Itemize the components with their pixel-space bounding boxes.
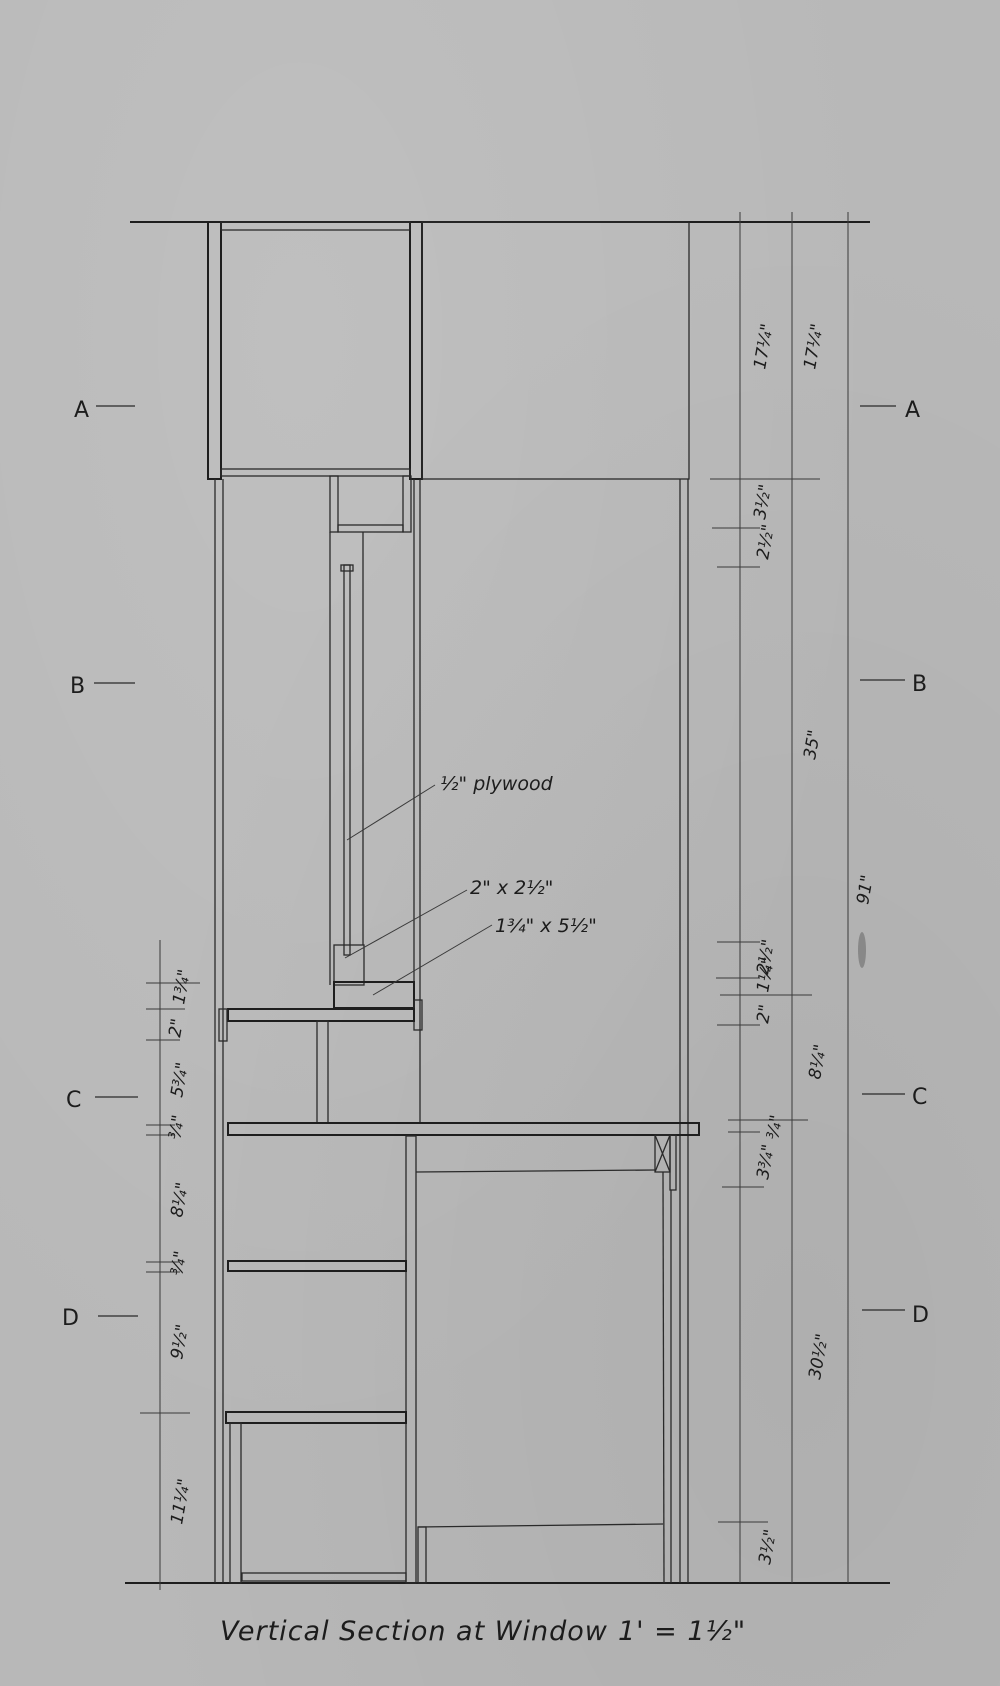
sill-block (334, 982, 414, 1008)
section-drawing: 17¼" 17¼" 3½" 2½" 35" 2½" 1¼" 2" 8¼" ¾" … (0, 0, 1000, 1686)
dim-left-0-75: ¾" (165, 1113, 189, 1140)
dim-right-17-outer: 17¼" (800, 322, 828, 371)
shelf-upper (228, 1009, 414, 1021)
svg-text:C: C (912, 1085, 927, 1110)
dim-right-35: 35" (800, 728, 825, 760)
dim-right-3-75: 3¾" (753, 1143, 779, 1181)
header-box (422, 222, 689, 479)
upper-cabinet (208, 222, 422, 479)
svg-text:A: A (905, 398, 920, 423)
dim-overall-91: 91" (853, 873, 878, 905)
dim-left-8-25: 8¼" (167, 1181, 193, 1219)
center-partition (406, 1136, 416, 1583)
dim-left-0-75b: ¾" (167, 1249, 191, 1276)
svg-text:Vertical Section at Window: Vertical Section at Window (220, 1616, 608, 1647)
svg-text:2" x 2½": 2" x 2½" (470, 877, 553, 899)
drawing-title: Vertical Section at Window 1' = 1½" (220, 1616, 746, 1647)
dim-right-17-inner: 17¼" (750, 322, 778, 371)
drawing-sheet: 17¼" 17¼" 3½" 2½" 35" 2½" 1¼" 2" 8¼" ¾" … (0, 0, 1000, 1686)
dim-right-3-5b: 3½" (755, 1528, 781, 1566)
dim-left-1-75: 1¾" (169, 968, 195, 1006)
svg-text:C: C (66, 1088, 81, 1113)
svg-text:B: B (70, 674, 85, 699)
dim-right-2: 2" (753, 1003, 776, 1025)
svg-text:D: D (62, 1306, 79, 1331)
dim-left-11-25: 11¼" (167, 1477, 195, 1526)
smudge (858, 932, 866, 968)
svg-text:D: D (912, 1303, 929, 1328)
right-dimensions (710, 212, 848, 1583)
shelf-middle (228, 1261, 406, 1271)
svg-text:½" plywood: ½" plywood (440, 773, 554, 795)
dim-right-3-5: 3½" (750, 483, 776, 521)
dim-left-5-75: 5¾" (167, 1061, 193, 1099)
section-marker-b: B B (70, 672, 927, 699)
dim-right-30-5: 30½" (805, 1332, 833, 1381)
dim-right-8-25: 8¼" (805, 1043, 831, 1081)
dim-right-2-5: 2½" (753, 523, 779, 561)
svg-text:B: B (912, 672, 927, 697)
divider (317, 1021, 328, 1123)
shelf-lower (226, 1412, 406, 1423)
section-marker-a: A A (74, 398, 920, 423)
dim-left-2: 2" (165, 1017, 188, 1039)
plywood-panel (344, 565, 350, 955)
toe-kick (242, 1573, 406, 1581)
note-plywood: ½" plywood (347, 773, 554, 840)
svg-text:A: A (74, 398, 89, 423)
svg-text:1' = 1½": 1' = 1½" (618, 1616, 746, 1647)
dim-right-0-75: ¾" (763, 1113, 787, 1140)
svg-text:1¾" x 5½": 1¾" x 5½" (495, 915, 597, 937)
stile-block (334, 945, 364, 985)
section-marker-c: C C (66, 1085, 927, 1113)
countertop (228, 1123, 699, 1135)
desk-apron (416, 1135, 676, 1190)
window-head (330, 476, 411, 532)
dim-left-9-5: 9½" (167, 1323, 193, 1361)
